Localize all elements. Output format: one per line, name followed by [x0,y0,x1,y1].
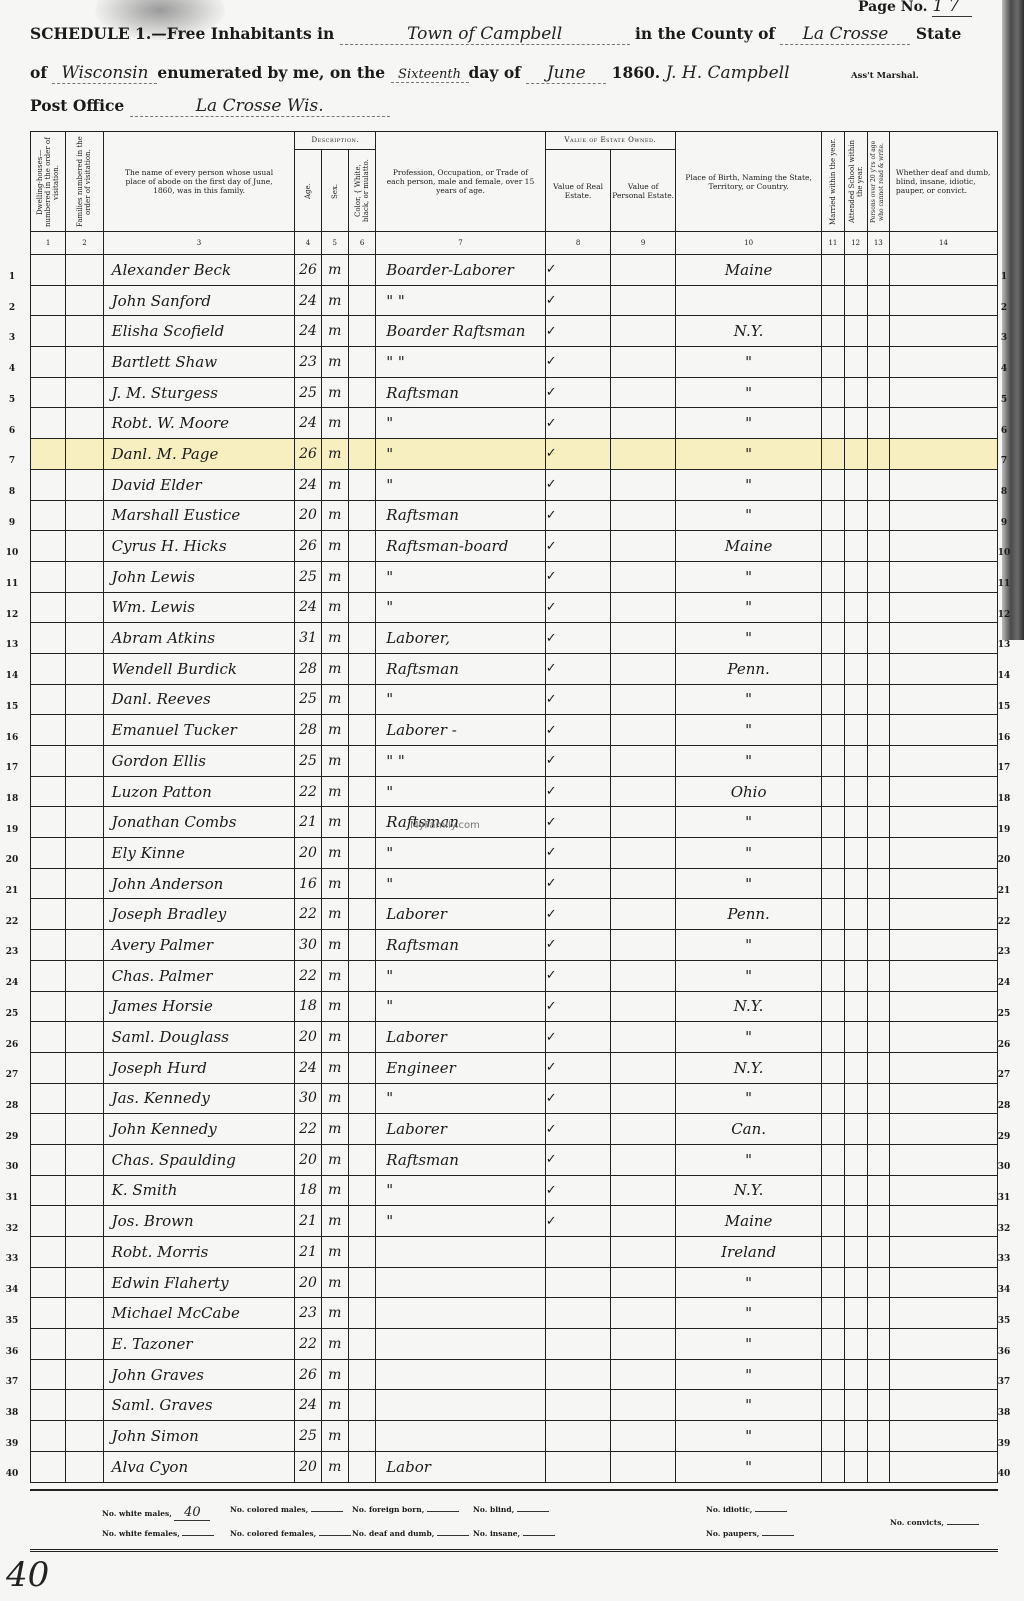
cell-personal [611,623,676,654]
post-office-value: La Crosse Wis. [130,96,390,117]
cell-birth: N.Y. [675,1052,821,1083]
cell-color [348,960,375,991]
cell-dwelling [31,1052,66,1083]
cell-birth: Maine [675,255,821,286]
cell-tick: ✓ [545,991,611,1022]
cell-personal [611,285,676,316]
cell-school [844,1083,867,1114]
column-number-4: 4 [295,232,321,255]
cell-birth: " [675,377,821,408]
line-number-right: 6 [992,426,1016,436]
line-number-left: 7 [0,456,24,466]
cell-personal [611,255,676,286]
cell-birth: " [675,1421,821,1452]
cell-dwelling [31,776,66,807]
cell-dwelling [31,1114,66,1145]
line-number-right: 10 [992,548,1016,558]
cell-illit [867,1267,889,1298]
cell-name: Danl. M. Page [103,439,295,470]
line-number-right: 38 [992,1408,1016,1418]
cell-color [348,715,375,746]
cell-tick: ✓ [545,930,611,961]
cell-cond [889,255,997,286]
cell-name: Wm. Lewis [103,592,295,623]
cell-personal [611,1390,676,1421]
cell-tick [545,1421,611,1452]
foreign-born-field: No. foreign born, [352,1505,459,1514]
cell-school [844,991,867,1022]
cell-family [66,623,103,654]
cell-name: John Simon [103,1421,295,1452]
cell-school [844,1298,867,1329]
line-number-right: 17 [992,763,1016,773]
line-number-right: 26 [992,1040,1016,1050]
cell-dwelling [31,1144,66,1175]
census-row: David Elder24m"✓" [31,469,998,500]
cell-dwelling [31,531,66,562]
cell-occ [376,1359,546,1390]
cell-occ: Engineer [376,1052,546,1083]
cell-tick: ✓ [545,255,611,286]
cell-family [66,868,103,899]
cell-color [348,1052,375,1083]
cell-married [822,1267,844,1298]
cell-illit [867,1175,889,1206]
census-row: Abram Atkins31mLaborer,✓" [31,623,998,654]
deaf-dumb-field: No. deaf and dumb, [352,1529,469,1538]
cell-illit [867,868,889,899]
cell-name: Emanuel Tucker [103,715,295,746]
cell-personal [611,1083,676,1114]
cell-married [822,469,844,500]
cell-illit [867,746,889,777]
line-number-left: 12 [0,610,24,620]
line-number-left: 13 [0,640,24,650]
cell-age: 22 [295,960,321,991]
line-number-right: 1 [992,272,1016,282]
line-number-right: 22 [992,917,1016,927]
cell-tick: ✓ [545,1052,611,1083]
cell-age: 24 [295,1390,321,1421]
line-number-right: 29 [992,1132,1016,1142]
cell-personal [611,347,676,378]
cell-illit [867,592,889,623]
line-number-left: 19 [0,825,24,835]
cell-cond [889,807,997,838]
cell-school [844,285,867,316]
cell-personal [611,746,676,777]
cell-sex: m [321,715,348,746]
cell-cond [889,1421,997,1452]
cell-sex: m [321,1390,348,1421]
cell-color [348,623,375,654]
cell-occ [376,1329,546,1360]
cell-school [844,1022,867,1053]
cell-tick: ✓ [545,1144,611,1175]
cell-sex: m [321,255,348,286]
cell-sex: m [321,1052,348,1083]
col-color-header: Color, { White, black, or mulatto. [348,150,375,232]
line-number-left: 33 [0,1254,24,1264]
cell-cond [889,1237,997,1268]
cell-illit [867,347,889,378]
cell-married [822,807,844,838]
cell-occ: Boarder-Laborer [376,255,546,286]
cell-married [822,930,844,961]
cell-birth: " [675,592,821,623]
census-row: Avery Palmer30mRaftsman✓" [31,930,998,961]
line-number-right: 27 [992,1070,1016,1080]
cell-family [66,1298,103,1329]
census-table: Dwelling-houses—numbered in the order of… [30,131,998,1483]
col-name-header: The name of every person whose usual pla… [103,132,295,232]
cell-married [822,899,844,930]
line-number-right: 16 [992,733,1016,743]
cell-color [348,1267,375,1298]
cell-sex: m [321,377,348,408]
cell-personal [611,1114,676,1145]
cell-age: 24 [295,469,321,500]
cell-birth: " [675,960,821,991]
cell-married [822,868,844,899]
paupers-label: No. paupers, [706,1529,759,1538]
cell-age: 20 [295,1022,321,1053]
cell-age: 31 [295,623,321,654]
day-of-label: day of [469,63,521,82]
cell-personal [611,1175,676,1206]
cell-age: 20 [295,1144,321,1175]
cell-cond [889,439,997,470]
line-number-right: 14 [992,671,1016,681]
cell-occ: Raftsman [376,653,546,684]
line-number-right: 35 [992,1316,1016,1326]
cell-color [348,1083,375,1114]
convicts-field: No. convicts, [890,1518,979,1527]
cell-name: Jonathan Combs [103,807,295,838]
cell-color [348,1390,375,1421]
cell-dwelling [31,500,66,531]
cell-personal [611,408,676,439]
cell-personal [611,899,676,930]
cell-birth: " [675,684,821,715]
census-row: Chas. Palmer22m"✓" [31,960,998,991]
cell-illit [867,316,889,347]
column-number-11: 11 [822,232,844,255]
cell-married [822,316,844,347]
census-row: Alexander Beck26mBoarder-Laborer✓Maine [31,255,998,286]
cell-personal [611,592,676,623]
cell-occ: Laborer [376,1022,546,1053]
watermark: MyFamily.com [410,820,480,831]
cell-illit [867,653,889,684]
cell-name: Chas. Palmer [103,960,295,991]
cell-occ: Raftsman [376,500,546,531]
line-number-left: 9 [0,518,24,528]
cell-school [844,623,867,654]
white-males-value: 40 [174,1505,210,1521]
cell-name: Gordon Ellis [103,746,295,777]
cell-birth: " [675,1022,821,1053]
white-females-field: No. white females, [102,1529,214,1538]
line-number-right: 39 [992,1439,1016,1449]
header-line-1: SCHEDULE 1.—Free Inhabitants in Town of … [30,24,961,45]
cell-color [348,807,375,838]
cell-family [66,653,103,684]
cell-school [844,439,867,470]
cell-age: 20 [295,838,321,869]
cell-cond [889,1298,997,1329]
census-row: Saml. Graves24m" [31,1390,998,1421]
cell-married [822,746,844,777]
town-value: Town of Campbell [340,24,630,45]
cell-sex: m [321,592,348,623]
cell-color [348,500,375,531]
cell-personal [611,807,676,838]
white-males-field: No. white males, 40 [102,1505,210,1521]
cell-cond [889,1083,997,1114]
cell-school [844,899,867,930]
cell-tick: ✓ [545,899,611,930]
cell-tick [545,1390,611,1421]
cell-married [822,776,844,807]
cell-sex: m [321,930,348,961]
cell-age: 20 [295,1267,321,1298]
cell-married [822,531,844,562]
cell-age: 30 [295,930,321,961]
line-number-left: 35 [0,1316,24,1326]
cell-family [66,285,103,316]
cell-age: 26 [295,531,321,562]
cell-illit [867,469,889,500]
col-school-header: Attended School within the year. [844,132,867,232]
cell-family [66,838,103,869]
census-row: K. Smith18m"✓N.Y. [31,1175,998,1206]
cell-birth [675,285,821,316]
cell-color [348,1237,375,1268]
cell-illit [867,1359,889,1390]
cell-cond [889,347,997,378]
cell-married [822,1451,844,1482]
cell-cond [889,561,997,592]
census-row: Jos. Brown21m"✓Maine [31,1206,998,1237]
colored-females-label: No. colored females, [230,1529,316,1538]
estate-group-header: Value of Estate Owned. [545,132,675,150]
cell-dwelling [31,285,66,316]
cell-sex: m [321,623,348,654]
column-number-6: 6 [348,232,375,255]
cell-sex: m [321,807,348,838]
cell-cond [889,746,997,777]
cell-married [822,623,844,654]
line-number-right: 32 [992,1224,1016,1234]
cell-dwelling [31,1329,66,1360]
line-number-left: 27 [0,1070,24,1080]
day-value: Sixteenth [391,67,469,83]
cell-name: Saml. Graves [103,1390,295,1421]
cell-tick: ✓ [545,807,611,838]
cell-married [822,592,844,623]
cell-cond [889,991,997,1022]
cell-family [66,347,103,378]
cell-dwelling [31,1206,66,1237]
cell-color [348,1451,375,1482]
column-number-12: 12 [844,232,867,255]
column-number-8: 8 [545,232,611,255]
cell-tick: ✓ [545,377,611,408]
cell-sex: m [321,776,348,807]
cell-dwelling [31,899,66,930]
cell-illit [867,439,889,470]
cell-age: 16 [295,868,321,899]
cell-birth: " [675,838,821,869]
cell-occ: " [376,838,546,869]
cell-color [348,1114,375,1145]
line-number-right: 7 [992,456,1016,466]
cell-occ: " " [376,285,546,316]
cell-school [844,316,867,347]
cell-sex: m [321,408,348,439]
cell-sex: m [321,1083,348,1114]
column-number-2: 2 [66,232,103,255]
line-number-left: 4 [0,364,24,374]
marshal-label: Ass't Marshal. [851,71,919,81]
cell-illit [867,255,889,286]
page-binding-edge [1002,0,1024,640]
cell-tick [545,1298,611,1329]
cell-age: 26 [295,255,321,286]
cell-personal [611,991,676,1022]
cell-dwelling [31,1359,66,1390]
cell-occ: " [376,960,546,991]
cell-sex: m [321,1175,348,1206]
cell-tick: ✓ [545,960,611,991]
line-number-left: 26 [0,1040,24,1050]
cell-married [822,1237,844,1268]
cell-dwelling [31,807,66,838]
line-number-left: 34 [0,1285,24,1295]
cell-personal [611,715,676,746]
cell-personal [611,684,676,715]
cell-school [844,1206,867,1237]
cell-color [348,838,375,869]
cell-occ: Raftsman [376,377,546,408]
column-number-10: 10 [675,232,821,255]
cell-age: 22 [295,899,321,930]
cell-name: E. Tazoner [103,1329,295,1360]
cell-color [348,776,375,807]
cell-birth: Can. [675,1114,821,1145]
line-number-right: 23 [992,947,1016,957]
cell-name: Luzon Patton [103,776,295,807]
cell-family [66,991,103,1022]
cell-school [844,807,867,838]
cell-sex: m [321,1421,348,1452]
cell-color [348,899,375,930]
cell-school [844,255,867,286]
census-row: Edwin Flaherty20m" [31,1267,998,1298]
cell-dwelling [31,960,66,991]
cell-cond [889,868,997,899]
cell-birth: " [675,1390,821,1421]
line-number-right: 24 [992,978,1016,988]
cell-illit [867,991,889,1022]
cell-married [822,1298,844,1329]
cell-age: 25 [295,684,321,715]
line-number-left: 38 [0,1408,24,1418]
col-personal-estate-header: Value of Personal Estate. [611,150,676,232]
state-label: State [916,24,961,43]
cell-age: 26 [295,439,321,470]
cell-birth: " [675,408,821,439]
line-number-right: 2 [992,303,1016,313]
colored-females-field: No. colored females, [230,1529,351,1538]
cell-married [822,1206,844,1237]
cell-sex: m [321,1022,348,1053]
line-number-left: 6 [0,426,24,436]
cell-sex: m [321,899,348,930]
cell-cond [889,1052,997,1083]
cell-personal [611,1206,676,1237]
column-number-7: 7 [376,232,546,255]
cell-married [822,561,844,592]
cell-school [844,746,867,777]
census-row: Joseph Bradley22mLaborer✓Penn. [31,899,998,930]
cell-name: James Horsie [103,991,295,1022]
line-number-left: 22 [0,917,24,927]
cell-family [66,1206,103,1237]
line-number-right: 34 [992,1285,1016,1295]
cell-personal [611,1022,676,1053]
cell-school [844,377,867,408]
cell-married [822,255,844,286]
cell-age: 21 [295,807,321,838]
line-number-left: 14 [0,671,24,681]
cell-school [844,1451,867,1482]
cell-dwelling [31,316,66,347]
cell-married [822,838,844,869]
cell-married [822,1083,844,1114]
census-row: John Simon25m" [31,1421,998,1452]
cell-birth: N.Y. [675,991,821,1022]
cell-birth: " [675,347,821,378]
cell-tick: ✓ [545,1083,611,1114]
cell-occ [376,1267,546,1298]
cell-occ: " " [376,746,546,777]
line-number-right: 5 [992,395,1016,405]
cell-family [66,715,103,746]
cell-illit [867,408,889,439]
census-row: Danl. Reeves25m"✓" [31,684,998,715]
cell-age: 24 [295,1052,321,1083]
cell-sex: m [321,838,348,869]
cell-tick: ✓ [545,838,611,869]
census-row: Michael McCabe23m" [31,1298,998,1329]
cell-birth: Penn. [675,653,821,684]
cell-sex: m [321,1298,348,1329]
cell-occ: " " [376,347,546,378]
line-number-left: 16 [0,733,24,743]
cell-sex: m [321,561,348,592]
cell-illit [867,715,889,746]
census-row: John Kennedy22mLaborer✓Can. [31,1114,998,1145]
line-number-right: 9 [992,518,1016,528]
col-birthplace-header: Place of Birth, Naming the State, Territ… [675,132,821,232]
cell-cond [889,1267,997,1298]
cell-age: 24 [295,285,321,316]
census-row: Wendell Burdick28mRaftsman✓Penn. [31,653,998,684]
cell-name: Avery Palmer [103,930,295,961]
cell-sex: m [321,469,348,500]
